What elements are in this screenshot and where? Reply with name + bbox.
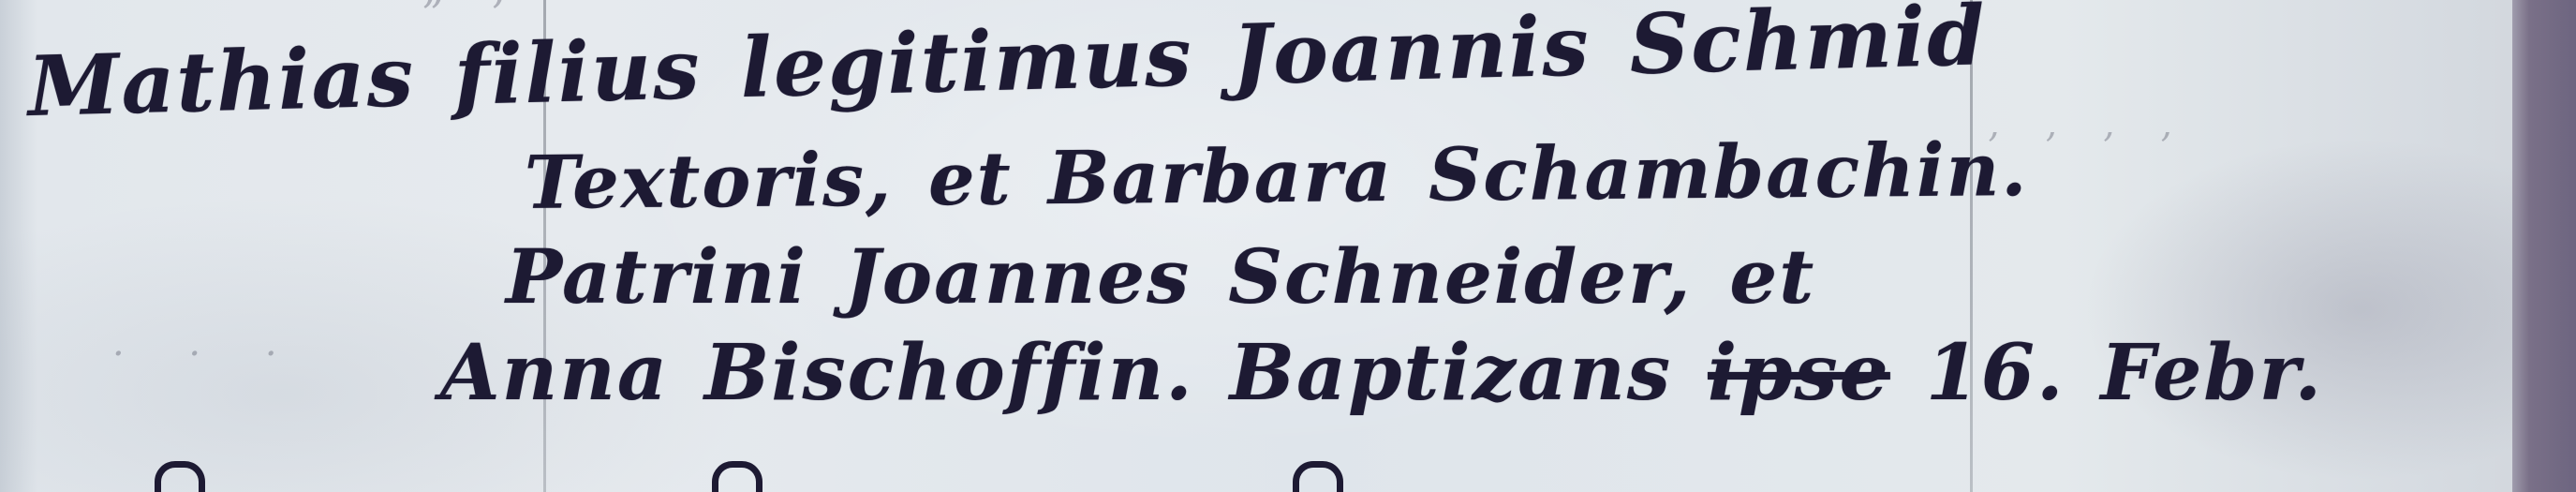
register-page: ” ’ ʼ ʼ ʼ ʼ · · · Mathiasfiliuslegitimus… <box>0 0 2576 492</box>
word-patrini: Patrini <box>506 232 807 321</box>
godmother-first-name: Anna <box>440 328 669 418</box>
ink-fragment <box>155 461 205 492</box>
ink-fragment <box>1293 461 1343 492</box>
mother-surname: Schambachin. <box>1429 127 2029 218</box>
baptism-day: 16. <box>1926 328 2065 418</box>
faded-ink-marks-left: · · · <box>112 333 303 376</box>
godfather-first-name: Joannes <box>845 232 1191 321</box>
father-occupation: Textoris, <box>525 138 894 226</box>
entry-line-3: PatriniJoannesSchneider,et <box>506 232 1853 321</box>
ink-fragment <box>712 461 762 492</box>
entry-line-1: MathiasfiliuslegitimusJoannisSchmid <box>27 0 2027 135</box>
entry-line-4: AnnaBischoffin.Baptizansipse16.Febr. <box>440 328 2359 418</box>
word-filius: filius <box>453 20 703 124</box>
father-first-name: Joannis <box>1231 0 1591 103</box>
word-et: et <box>928 136 1013 222</box>
struck-out-word: ipse <box>1708 328 1890 418</box>
mother-first-name: Barbara <box>1047 133 1393 221</box>
word-legitimus: legitimus <box>739 7 1194 116</box>
entry-line-2: Textoris,etBarbaraSchambachin. <box>525 127 2065 226</box>
godfather-surname: Schneider, <box>1228 232 1692 321</box>
child-name: Mathias <box>27 27 417 135</box>
word-baptizans: Baptizans <box>1230 328 1672 418</box>
word-et: et <box>1729 232 1815 321</box>
father-surname: Schmid <box>1628 0 1988 93</box>
baptism-month: Febr. <box>2101 328 2323 418</box>
godmother-surname: Bischoffin. <box>704 328 1194 418</box>
next-entry-ink-fragments <box>0 464 2576 492</box>
book-binding-shadow <box>2512 0 2576 492</box>
